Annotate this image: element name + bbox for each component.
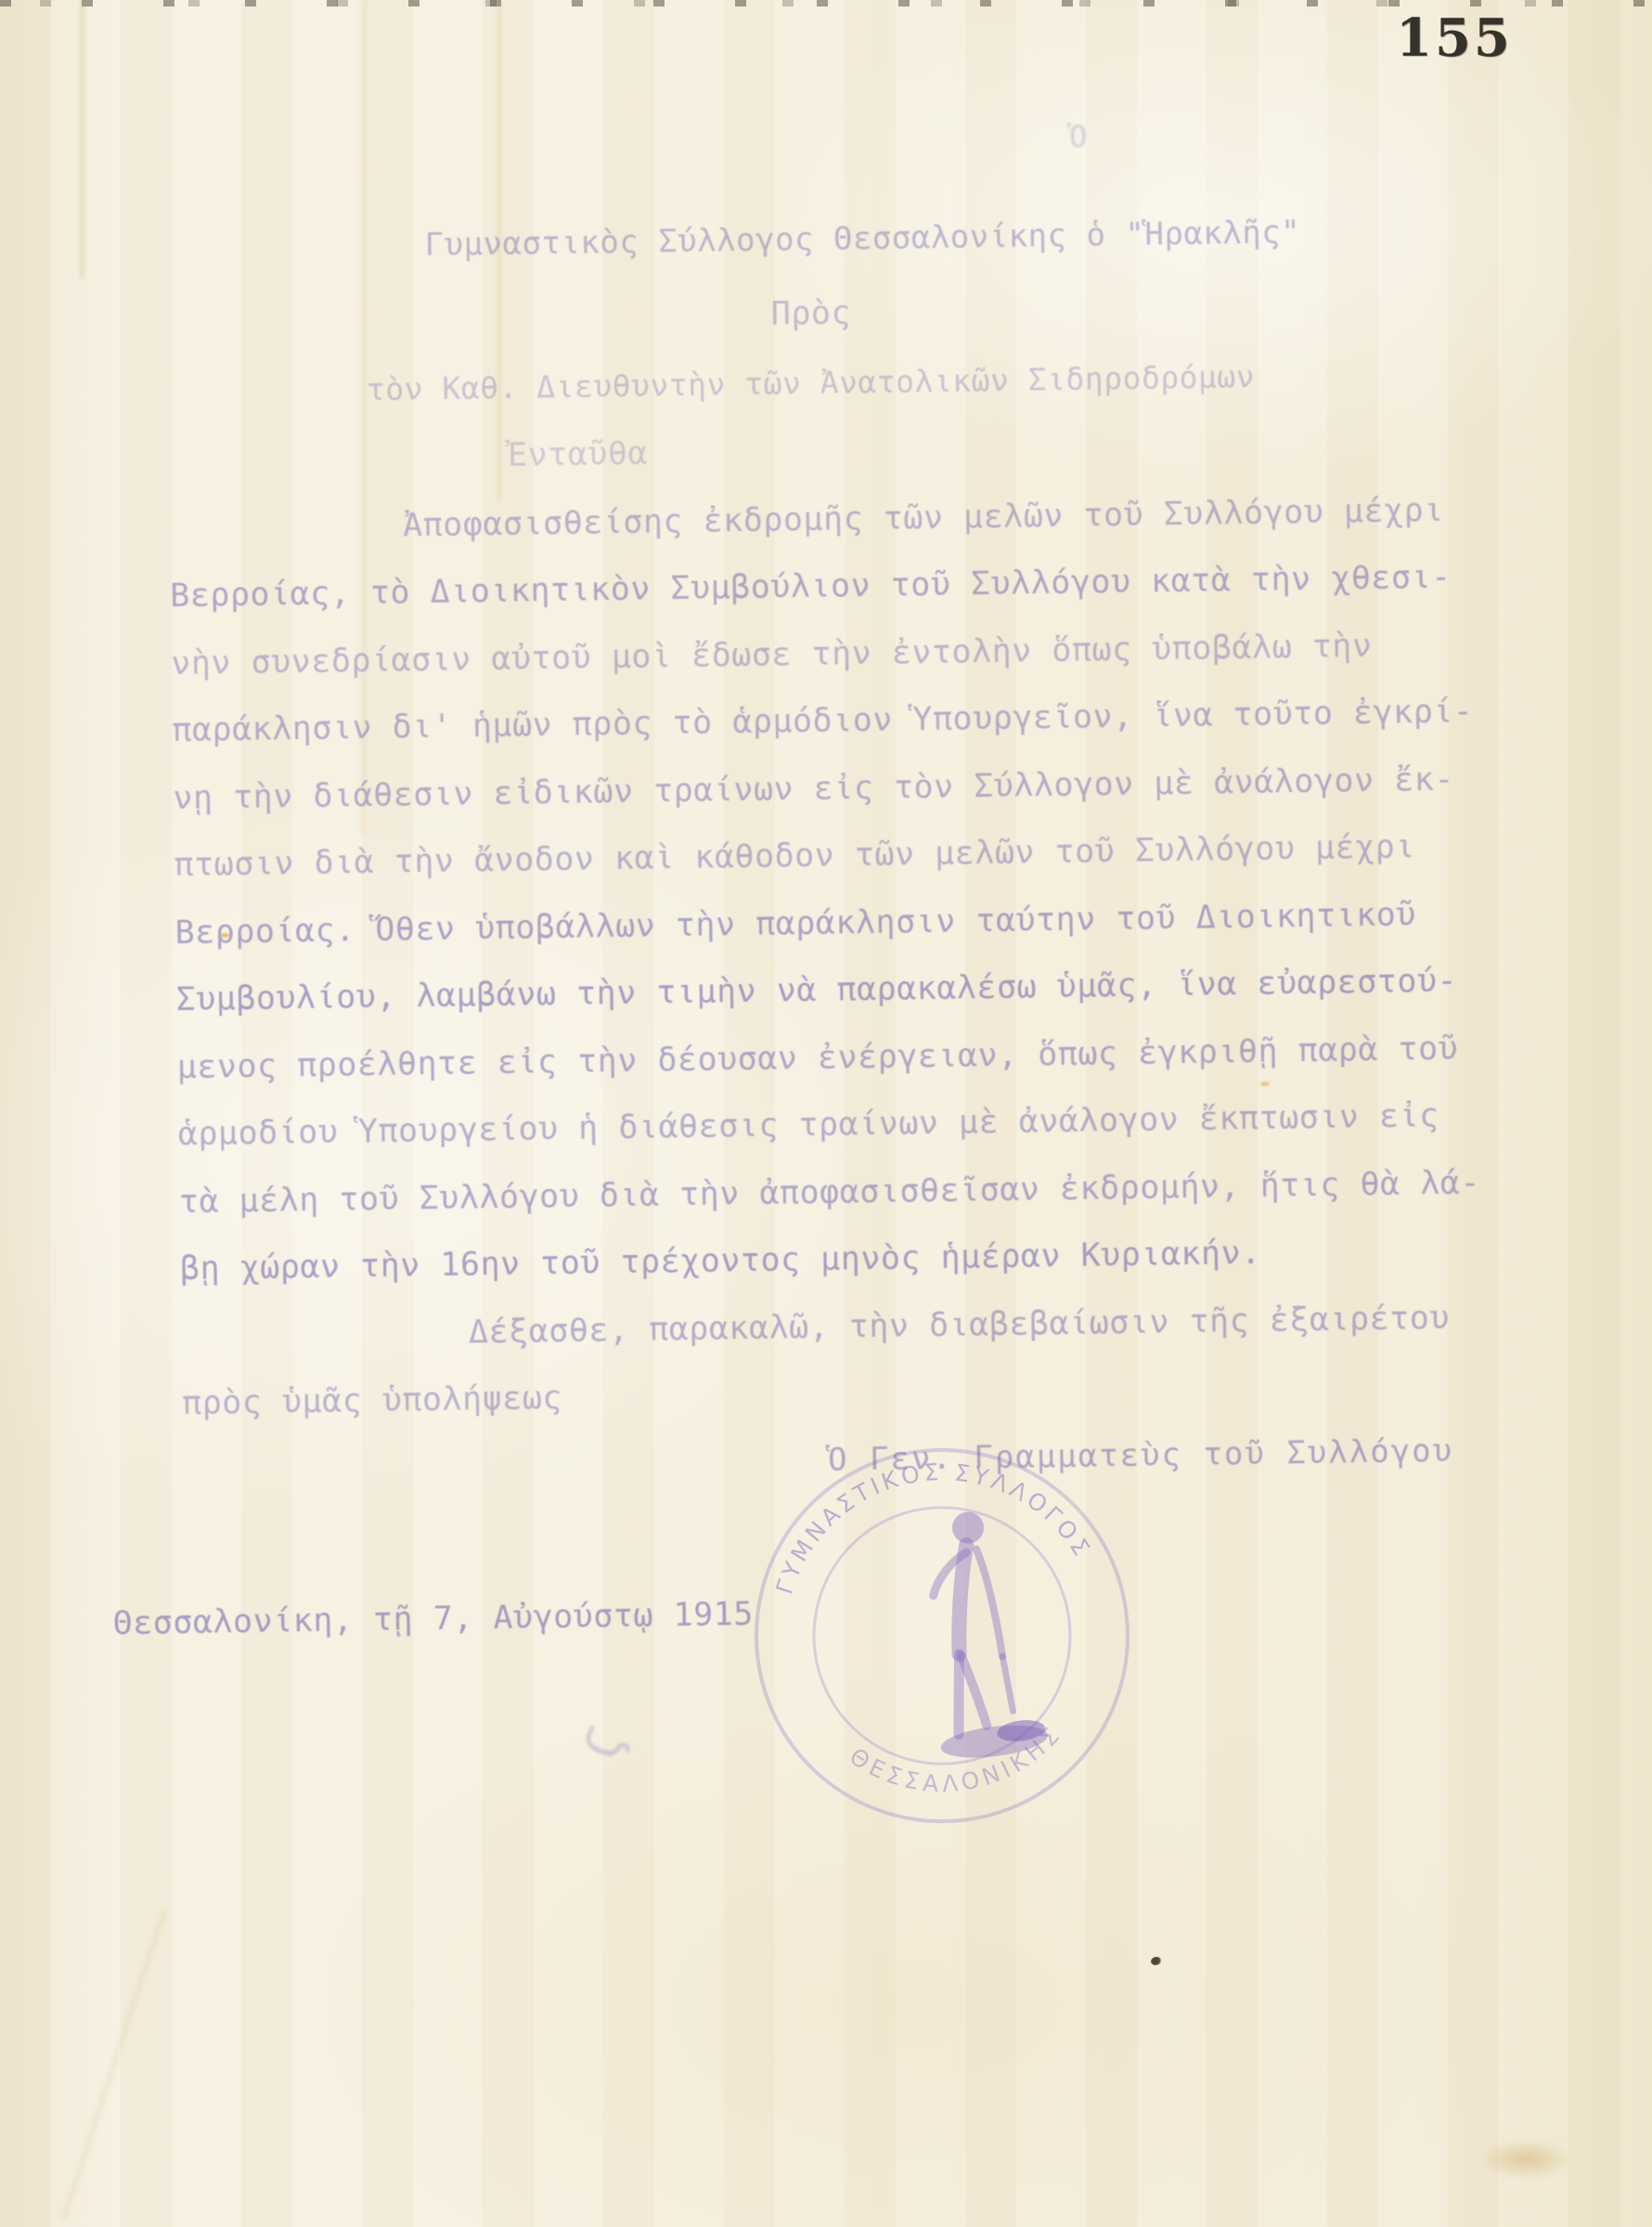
body-line: τὰ μέλη τοῦ Συλλόγου διὰ τὴν ἀποφασισθεῖ…	[179, 1164, 1481, 1221]
letter-to-label: Πρὸς	[770, 294, 851, 332]
letter-place-line: Ἐνταῦθα	[508, 435, 649, 474]
signature-line: Ὁ Γεν. Γραμματεὺς τοῦ Συλλόγου	[828, 1432, 1454, 1479]
letter-addressee-line: τὸν Καθ. Διευθυντὴν τῶν Ἀνατολικῶν Σιδηρ…	[367, 358, 1256, 408]
body-line: νῃ τὴν διάθεσιν εἰδικῶν τραίνων εἰς τὸν …	[173, 761, 1454, 817]
letter-society-line: Γυμναστικὸς Σύλλογος Θεσσαλονίκης ὁ "Ἡρα…	[424, 214, 1300, 264]
body-line: βῃ χώραν τὴν 16ην τοῦ τρέχοντος μηνὸς ἡμ…	[180, 1235, 1261, 1288]
body-line: Βερροίας. Ὅθεν ὑποβάλλων τὴν παράκλησιν …	[174, 896, 1416, 952]
scanned-letter-page: 155 Ὁ Ϛ ΓΥΜΝΑΣΤΙΚΟΣ ΣΥΛΛΟΓΟΣ ΘΕΣΣΑΛΟΝΙΚΗ…	[0, 0, 1652, 2227]
date-line: Θεσσαλονίκη, τῇ 7, Αὐγούστῳ 1915	[112, 1596, 754, 1642]
body-line: πτωσιν διὰ τὴν ἄνοδον καὶ κάθοδον τῶν με…	[174, 828, 1415, 884]
body-line: παράκλησιν δι' ἡμῶν πρὸς τὸ ἁρμόδιον Ὑπο…	[172, 693, 1474, 749]
body-line: Δέξασθε, παρακαλῶ, τὴν διαβεβαίωσιν τῆς …	[469, 1300, 1451, 1352]
body-line: Βερροίας, τὸ Διοικητικὸν Συμβούλιον τοῦ …	[170, 559, 1452, 615]
body-line: ἁρμοδίου Ὑπουργείου ἡ διάθεσις τραίνων μ…	[178, 1097, 1439, 1153]
body-line: μενος προέλθητε εἰς τὴν δέουσαν ἐνέργεια…	[176, 1030, 1458, 1086]
body-line: νὴν συνεδρίασιν αὐτοῦ μοὶ ἔδωσε τὴν ἐντο…	[171, 628, 1373, 682]
typed-letter-block: Γυμναστικὸς Σύλλογος Θεσσαλονίκης ὁ "Ἡρα…	[0, 0, 1652, 2227]
body-line: Συμβουλίου, λαμβάνω τὴν τιμὴν νὰ παρακαλ…	[175, 963, 1457, 1018]
body-line: πρὸς ὑμᾶς ὑπολήψεως	[182, 1379, 562, 1422]
body-line: Ἀποφασισθείσης ἐκδρομῆς τῶν μελῶν τοῦ Συ…	[403, 492, 1444, 545]
